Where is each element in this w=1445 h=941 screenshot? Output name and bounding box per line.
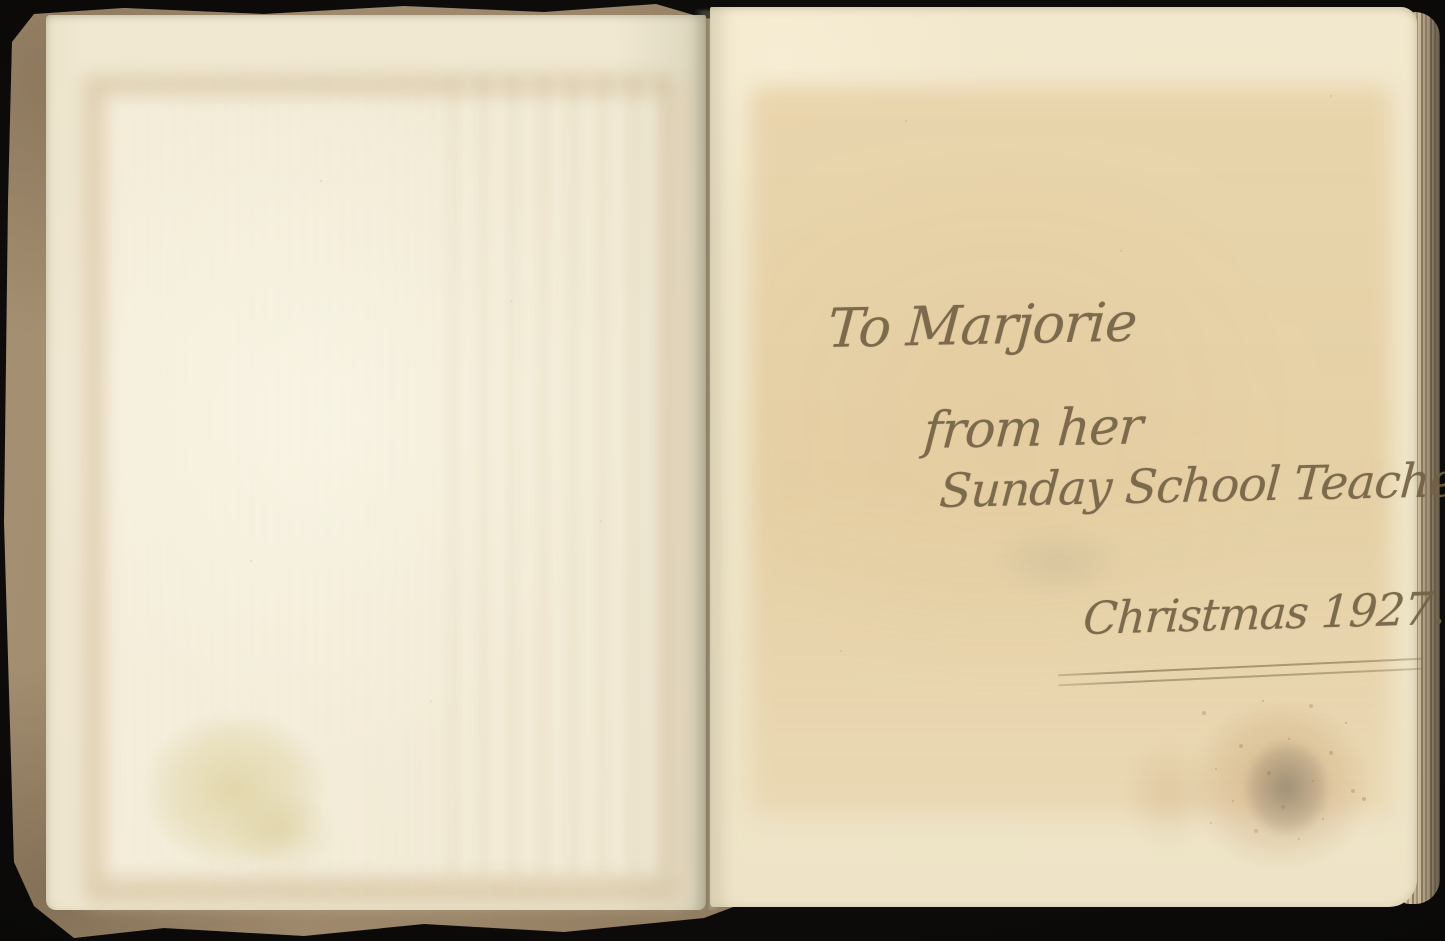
left-page xyxy=(46,15,706,910)
right-page xyxy=(710,7,1417,907)
page-texture-streaks xyxy=(446,75,696,875)
open-book-scan: To Marjorie from her Sunday School Teach… xyxy=(0,0,1445,941)
book-gutter-crease xyxy=(694,10,720,910)
gray-smudge xyxy=(978,519,1138,604)
foxing-stain-core xyxy=(1238,733,1336,843)
foxing-speckles xyxy=(0,0,2,2)
foxing-stain-yellow-small xyxy=(216,785,346,880)
